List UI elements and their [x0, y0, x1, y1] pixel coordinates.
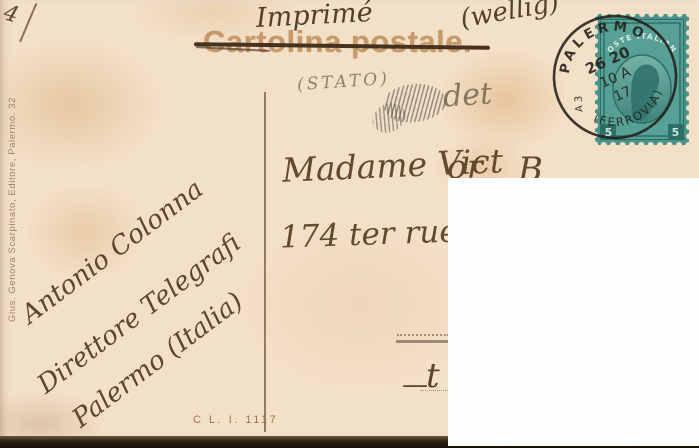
printer-code: C L. I. 1117 — [193, 414, 278, 426]
printed-solid-rule — [396, 340, 450, 343]
postcard-scan: 4 Gius. Genova Scarpinato, Editore, Pale… — [0, 0, 699, 448]
pencil-note-det: det — [442, 76, 493, 114]
handwriting-dash-fragment: — — [402, 370, 428, 400]
corner-pen-stroke — [19, 3, 37, 42]
pencil-note-stato: (STATO) — [296, 69, 390, 95]
printed-dotted-rule — [397, 334, 449, 336]
sender-name: Antonio Colonna — [16, 174, 209, 330]
address-divider-line — [264, 92, 266, 432]
privacy-blank-rectangle — [448, 178, 699, 446]
postmark-side-code: A 3 — [573, 95, 585, 112]
publisher-imprint: Gius. Genova Scarpinato, Editore, Palerm… — [7, 62, 18, 322]
corner-number: 4 — [0, 0, 21, 28]
handwriting-letter-fragment: t — [426, 356, 440, 396]
postmark-cancel: PALERMO (FERROVIA) 26 20 10 A 17 A 3 — [544, 6, 686, 148]
